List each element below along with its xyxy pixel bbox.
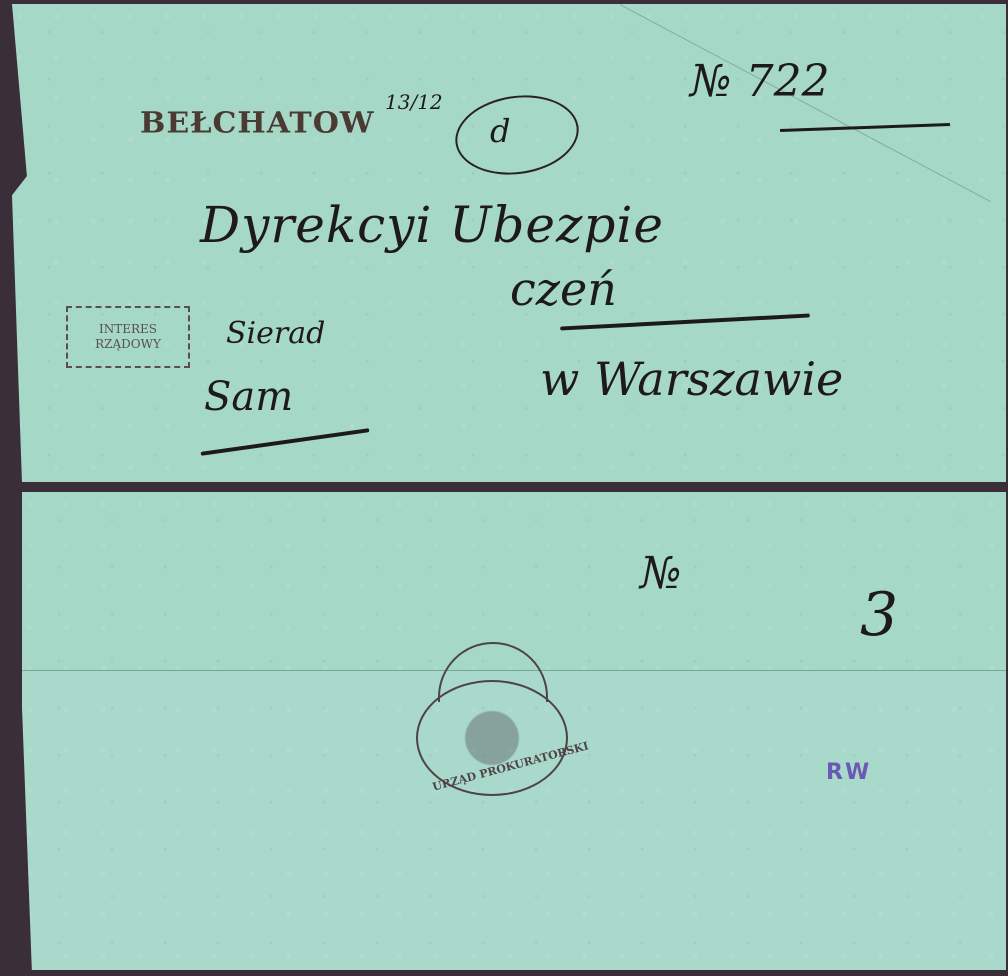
registration-number: № 722 (690, 56, 830, 107)
address-line-3: w Warszawie (540, 352, 843, 406)
boxed-handstamp: INTERES RZĄDOWY (66, 306, 190, 368)
boxed-handstamp-line-2: RZĄDOWY (68, 337, 188, 352)
pencil-initials: RW (826, 760, 871, 785)
address-line-2: czeń (510, 262, 617, 316)
date-fraction: 13/12 (385, 90, 443, 114)
address-line-1: Dyrekcyi Ubezpie (200, 196, 664, 254)
back-manuscript-number: 3 (860, 580, 898, 650)
town-cancel-stamp: BEŁCHATOW (140, 107, 375, 140)
sender-line-1: Sierad (226, 316, 325, 351)
oval-mark-text: d (490, 112, 510, 150)
back-manuscript-mark: № (640, 548, 682, 599)
sender-line-2: Sam (204, 374, 293, 420)
boxed-handstamp-line-1: INTERES (68, 322, 188, 337)
